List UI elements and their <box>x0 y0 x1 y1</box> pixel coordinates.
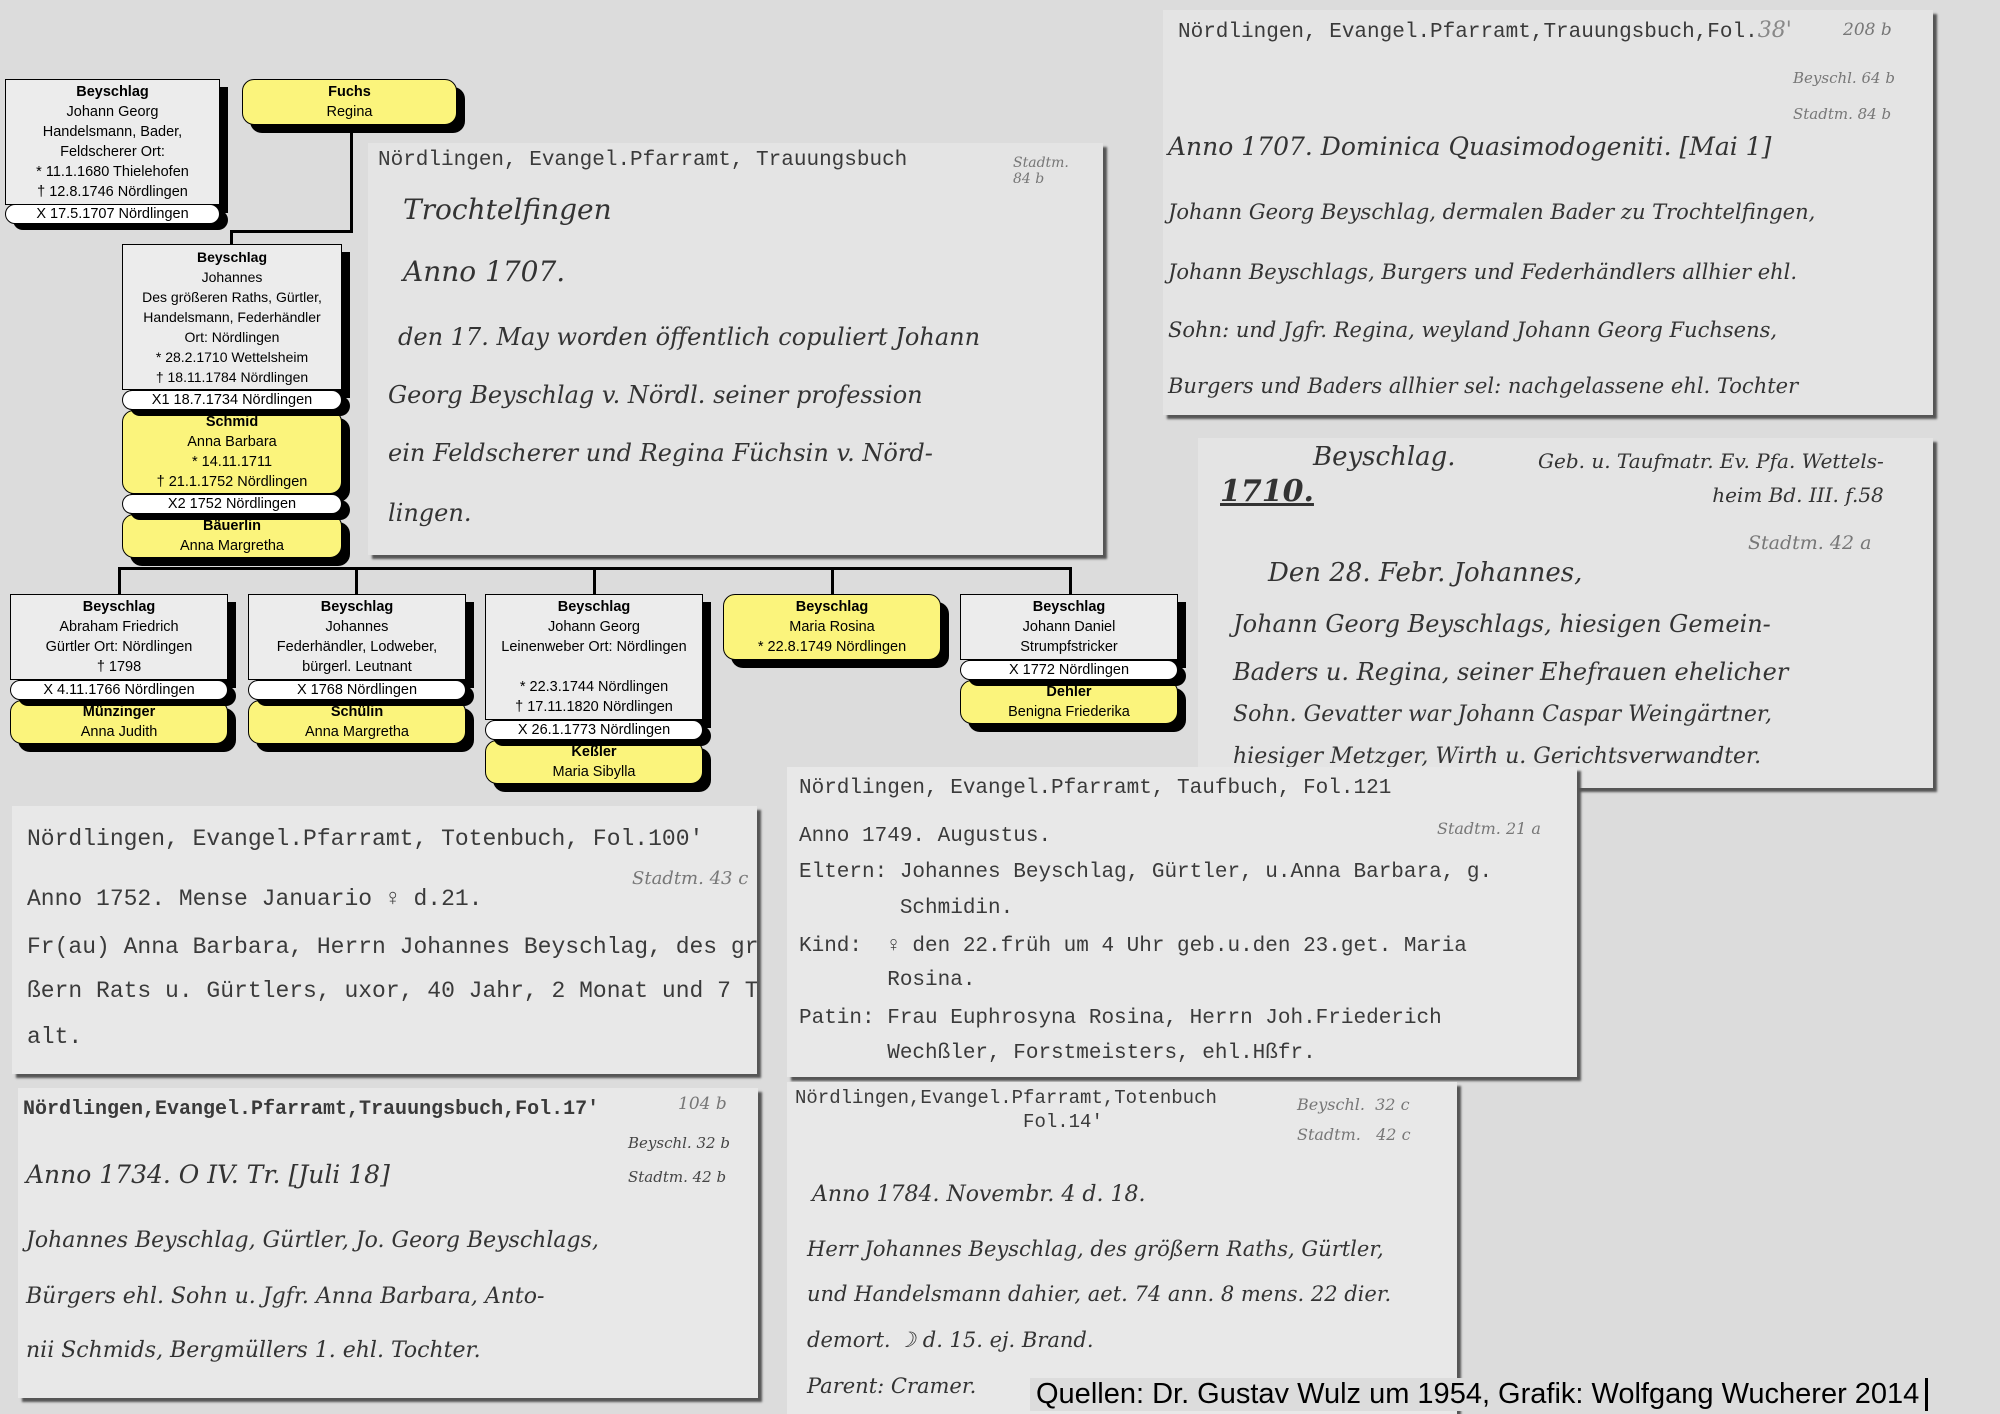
connector-line <box>118 567 121 595</box>
card-marriage-1734: Nördlingen,Evangel.Pfarramt,Trauungsbuch… <box>18 1088 758 1398</box>
given-name: Benigna Friederika <box>965 702 1173 722</box>
surname: Dehler <box>965 682 1173 702</box>
handwritten-line: lingen. <box>388 499 471 527</box>
handwritten-line: Sohn. Gevatter war Johann Caspar Weingär… <box>1233 702 1772 727</box>
year-label: 1710. <box>1220 474 1314 509</box>
given-name: Johann Georg <box>490 617 698 637</box>
marriage-badge: X 1772 Nördlingen <box>960 660 1178 680</box>
detail-line: Gürtler Ort: Nördlingen <box>15 637 223 657</box>
person-johann-georg[interactable]: Beyschlag Johann Georg Handelsmann, Bade… <box>5 79 220 224</box>
handwritten-line: Burgers und Baders allhier sel: nachgela… <box>1168 374 1798 398</box>
handwritten-line: Bürgers ehl. Sohn u. Jgfr. Anna Barbara,… <box>26 1284 544 1309</box>
surname-title: Beyschlag. <box>1313 442 1456 472</box>
death-line: † 1798 <box>15 657 223 677</box>
death-line: † 18.11.1784 Nördlingen <box>127 367 337 387</box>
folio-number: 38' <box>1758 18 1792 43</box>
surname: Bäuerlin <box>127 516 337 536</box>
card-header: Nördlingen, Evangel.Pfarramt, Trauungsbu… <box>378 149 907 172</box>
handwritten-line: und Handelsmann dahier, aet. 74 ann. 8 m… <box>807 1282 1391 1306</box>
birth-line: * 11.1.1680 Thielehofen <box>10 162 215 182</box>
surname: Münzinger <box>15 702 223 722</box>
person-box[interactable]: Beyschlag Johannes Federhändler, Lodwebe… <box>248 594 466 680</box>
child-johann-daniel[interactable]: Beyschlag Johann Daniel Strumpfstricker … <box>960 594 1178 724</box>
marriage-badge: X 1768 Nördlingen <box>248 680 466 700</box>
header-text: Nördlingen, Evangel.Pfarramt,Trauungsbuc… <box>1178 21 1758 44</box>
person-box[interactable]: Fuchs Regina <box>242 79 457 125</box>
given-name: Abraham Friedrich <box>15 617 223 637</box>
surname: Beyschlag <box>490 597 698 617</box>
given-name: Johannes <box>127 267 337 287</box>
connector-line <box>230 230 233 244</box>
surname: Keßler <box>490 742 698 762</box>
spouse-box[interactable]: Münzinger Anna Judith <box>10 700 228 744</box>
handwritten-line: Anno 1707. Dominica Quasimodogeniti. [Ma… <box>1168 132 1771 161</box>
archive-note: Beyschl. 32 c Stadtm. 42 c <box>1297 1090 1411 1150</box>
handwritten-line: Den 28. Febr. Johannes, <box>1268 558 1582 588</box>
detail-line: Ort: Nördlingen <box>127 327 337 347</box>
person-box[interactable]: Beyschlag Johann Daniel Strumpfstricker <box>960 594 1178 660</box>
spacer-line <box>490 657 698 677</box>
marriage-badge: X1 18.7.1734 Nördlingen <box>122 390 342 410</box>
surname: Beyschlag <box>965 597 1173 617</box>
card-header: Nördlingen, Evangel.Pfarramt, Totenbuch,… <box>27 826 703 852</box>
birth-line: * 28.2.1710 Wettelsheim <box>127 347 337 367</box>
given-name: Anna Judith <box>15 722 223 742</box>
detail-line: Feldscherer Ort: <box>10 142 215 162</box>
typed-line: Patin: Frau Euphrosyna Rosina, Herrn Joh… <box>799 1007 1442 1030</box>
connector-line <box>1069 567 1072 595</box>
person-box[interactable]: Beyschlag Johann Georg Handelsmann, Bade… <box>5 79 220 205</box>
person-johannes[interactable]: Beyschlag Johannes Des größeren Raths, G… <box>122 244 342 558</box>
handwritten-line: Johannes Beyschlag, Gürtler, Jo. Georg B… <box>26 1228 599 1253</box>
card-marriage-1707-trauungsbuch: Nördlingen, Evangel.Pfarramt, Trauungsbu… <box>368 143 1103 555</box>
death-line: † 17.11.1820 Nördlingen <box>490 697 698 717</box>
card-marriage-1707-fol38: Nördlingen, Evangel.Pfarramt,Trauungsbuc… <box>1163 10 1933 415</box>
person-box[interactable]: Beyschlag Johann Georg Leinenweber Ort: … <box>485 594 703 720</box>
marriage-badge: X 17.5.1707 Nördlingen <box>5 204 220 224</box>
handwritten-line: demort. ☽ d. 15. ej. Brand. <box>807 1328 1094 1352</box>
given-name: Anna Barbara <box>127 432 337 452</box>
person-regina-fuchs[interactable]: Fuchs Regina <box>242 79 457 125</box>
detail-line: bürgerl. Leutnant <box>253 657 461 677</box>
spouse-box-schmid[interactable]: Schmid Anna Barbara * 14.11.1711 † 21.1.… <box>122 410 342 494</box>
typed-line: Eltern: Johannes Beyschlag, Gürtler, u.A… <box>799 861 1492 884</box>
birth-line: * 22.8.1749 Nördlingen <box>728 637 936 657</box>
person-box[interactable]: Beyschlag Maria Rosina * 22.8.1749 Nördl… <box>723 594 941 660</box>
archive-note: Stadtm. 84 b <box>1013 155 1069 187</box>
handwritten-line: Sohn: und Jgfr. Regina, weyland Johann G… <box>1168 318 1777 342</box>
handwritten-line: Trochtelfingen <box>403 193 612 226</box>
child-johannes[interactable]: Beyschlag Johannes Federhändler, Lodwebe… <box>248 594 466 744</box>
handwritten-line: hiesiger Metzger, Wirth u. Gerichtsverwa… <box>1233 744 1761 769</box>
card-header: Nördlingen,Evangel.Pfarramt,Trauungsbuch… <box>23 1098 599 1121</box>
marriage-badge: X 4.11.1766 Nördlingen <box>10 680 228 700</box>
death-line: † 12.8.1746 Nördlingen <box>10 182 215 202</box>
marriage-badge: X 26.1.1773 Nördlingen <box>485 720 703 740</box>
given-name: Anna Margretha <box>127 536 337 556</box>
death-line: † 21.1.1752 Nördlingen <box>127 472 337 492</box>
connector-line <box>593 567 596 595</box>
typed-line: ßern Rats u. Gürtlers, uxor, 40 Jahr, 2 … <box>27 978 757 1004</box>
card-death-1752: Nördlingen, Evangel.Pfarramt, Totenbuch,… <box>12 806 757 1074</box>
handwritten-line: Parent: Cramer. <box>807 1374 976 1398</box>
given-name: Maria Sibylla <box>490 762 698 782</box>
connector-line <box>355 567 358 595</box>
archive-note-top: 104 b <box>678 1094 727 1114</box>
typed-line: Rosina. <box>799 969 975 992</box>
sources-credit: Quellen: Dr. Gustav Wulz um 1954, Grafik… <box>1030 1378 1928 1411</box>
handwritten-line: nii Schmids, Bergmüllers 1. ehl. Tochter… <box>26 1338 481 1363</box>
card-header: Nördlingen,Evangel.Pfarramt,Totenbuch Fo… <box>795 1086 1217 1134</box>
child-johann-georg[interactable]: Beyschlag Johann Georg Leinenweber Ort: … <box>485 594 703 784</box>
handwritten-line: Johann Georg Beyschlags, hiesigen Gemein… <box>1233 610 1771 638</box>
handwritten-line: Anno 1784. Novembr. 4 d. 18. <box>812 1182 1145 1207</box>
birth-line: * 22.3.1744 Nördlingen <box>490 677 698 697</box>
spouse-box[interactable]: Dehler Benigna Friederika <box>960 680 1178 724</box>
marriage-badge: X2 1752 Nördlingen <box>122 494 342 514</box>
handwritten-line: Georg Beyschlag v. Nördl. seiner profess… <box>388 381 923 409</box>
typed-line: alt. <box>27 1024 82 1050</box>
connector-line <box>831 567 834 595</box>
given-name: Johann Daniel <box>965 617 1173 637</box>
given-name: Anna Margretha <box>253 722 461 742</box>
surname: Beyschlag <box>253 597 461 617</box>
card-baptism-1749: Nördlingen, Evangel.Pfarramt, Taufbuch, … <box>787 767 1577 1077</box>
handwritten-line: Anno 1734. O IV. Tr. [Juli 18] <box>26 1160 390 1189</box>
handwritten-line: ein Feldscherer und Regina Füchsin v. Nö… <box>388 439 933 467</box>
connector-line <box>230 230 353 233</box>
typed-line: Fr(au) Anna Barbara, Herrn Johannes Beys… <box>27 934 757 960</box>
handwritten-line: Baders u. Regina, seiner Ehefrauen eheli… <box>1233 658 1788 686</box>
given-name: Regina <box>247 102 452 122</box>
handwritten-line: Anno 1707. <box>403 255 565 288</box>
surname: Beyschlag <box>728 597 936 617</box>
detail-line: Handelsmann, Federhändler <box>127 307 337 327</box>
archive-note-top: 208 b <box>1843 20 1892 40</box>
archive-note: Stadtm. 42 a <box>1748 532 1871 554</box>
typed-line: Kind: ♀ den 22.früh um 4 Uhr geb.u.den 2… <box>799 935 1467 958</box>
surname: Schmid <box>127 412 337 432</box>
connector-line <box>350 108 353 232</box>
archive-note: Beyschl. 32 b Stadtm. 42 b <box>628 1126 730 1194</box>
child-maria-rosina[interactable]: Beyschlag Maria Rosina * 22.8.1749 Nördl… <box>723 594 941 660</box>
typed-line: Wechßler, Forstmeisters, ehl.Hßfr. <box>799 1042 1316 1065</box>
surname: Schülin <box>253 702 461 722</box>
archive-note: Stadtm. 43 c <box>632 868 748 889</box>
surname: Beyschlag <box>10 82 215 102</box>
given-name: Johann Georg <box>10 102 215 122</box>
handwritten-line: Herr Johannes Beyschlag, des größern Rat… <box>807 1237 1384 1261</box>
person-box[interactable]: Beyschlag Abraham Friedrich Gürtler Ort:… <box>10 594 228 680</box>
handwritten-line: den 17. May worden öffentlich copuliert … <box>398 323 980 351</box>
spouse-box[interactable]: Schülin Anna Margretha <box>248 700 466 744</box>
detail-line: Handelsmann, Bader, <box>10 122 215 142</box>
detail-line: Strumpfstricker <box>965 637 1173 657</box>
card-header: Nördlingen, Evangel.Pfarramt, Taufbuch, … <box>799 777 1391 800</box>
surname: Beyschlag <box>15 597 223 617</box>
child-abraham-friedrich[interactable]: Beyschlag Abraham Friedrich Gürtler Ort:… <box>10 594 228 744</box>
given-name: Johannes <box>253 617 461 637</box>
handwritten-line: Johann Beyschlags, Burgers und Federhänd… <box>1168 260 1797 284</box>
person-box[interactable]: Beyschlag Johannes Des größeren Raths, G… <box>122 244 342 390</box>
spouse-box[interactable]: Keßler Maria Sibylla <box>485 740 703 784</box>
detail-line: Leinenweber Ort: Nördlingen <box>490 637 698 657</box>
archive-note: Stadtm. 21 a <box>1437 819 1541 838</box>
detail-line: Federhändler, Lodweber, <box>253 637 461 657</box>
card-death-1784: Nördlingen,Evangel.Pfarramt,Totenbuch Fo… <box>787 1082 1457 1414</box>
archive-note: Beyschl. 64 b Stadtm. 84 b <box>1793 60 1895 132</box>
spouse-box-baeuerlin[interactable]: Bäuerlin Anna Margretha <box>122 514 342 558</box>
given-name: Maria Rosina <box>728 617 936 637</box>
card-baptism-1710: 1710. Beyschlag. Geb. u. Taufmatr. Ev. P… <box>1198 438 1933 788</box>
typed-line: Anno 1749. Augustus. <box>799 825 1051 848</box>
typed-line: Schmidin. <box>799 897 1013 920</box>
typed-line: Anno 1752. Mense Januario ♀ d.21. <box>27 886 482 912</box>
handwritten-line: Johann Georg Beyschlag, dermalen Bader z… <box>1168 200 1815 224</box>
birth-line: * 14.11.1711 <box>127 452 337 472</box>
detail-line: Des größeren Raths, Gürtler, <box>127 287 337 307</box>
card-header: Nördlingen, Evangel.Pfarramt,Trauungsbuc… <box>1178 18 1792 44</box>
register-reference: Geb. u. Taufmatr. Ev. Pfa. Wettels- heim… <box>1538 444 1884 512</box>
surname: Fuchs <box>247 82 452 102</box>
surname: Beyschlag <box>127 247 337 267</box>
